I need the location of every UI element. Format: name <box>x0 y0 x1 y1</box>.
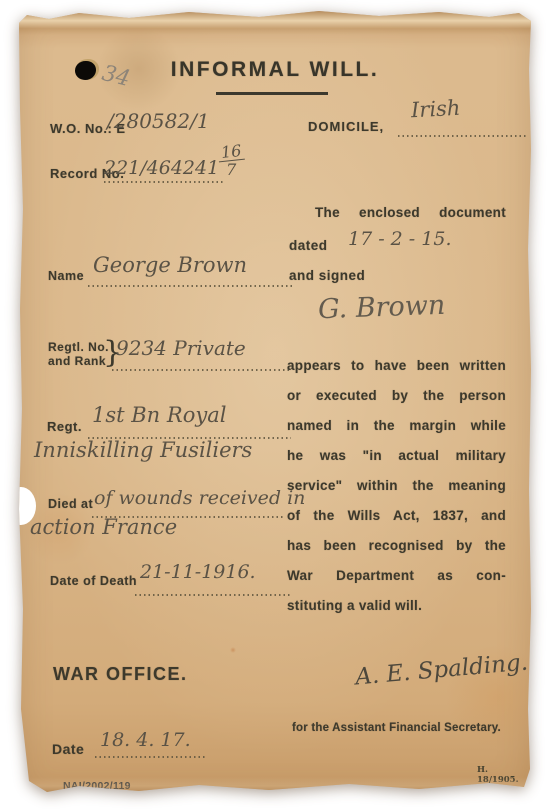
scan-background: { "meta": { "archive_ref": "NAI/2002/119… <box>0 0 550 809</box>
statement-line: or executed by the person <box>287 388 506 418</box>
wo-number-value: /280582/1 <box>107 109 210 133</box>
date-line <box>95 756 207 758</box>
statement-body: appears to have been written or executed… <box>287 358 506 628</box>
war-office-heading: WAR OFFICE. <box>53 664 188 685</box>
form-reference: H. 18/1905. <box>477 765 531 785</box>
signed-label: and signed <box>289 268 365 283</box>
died-at-value-line2: action France <box>30 515 177 539</box>
form-title: INFORMAL WILL. <box>19 58 531 82</box>
rank-label: and Rank <box>48 354 106 368</box>
name-value: George Brown <box>93 253 247 277</box>
regtl-line <box>112 369 290 371</box>
died-at-value-line1: of wounds received in <box>94 487 305 509</box>
statement-line: he was "in actual military <box>287 448 506 478</box>
date-of-death-value: 21-11-1916. <box>140 561 256 583</box>
record-number-value: 221/464241 <box>104 157 219 179</box>
archive-reference: NAI/2002/119 <box>63 780 131 792</box>
regtl-no-label: Regtl. No. <box>48 340 109 354</box>
statement-line: of the Wills Act, 1837, and <box>287 508 506 538</box>
record-fraction-bottom: 7 <box>226 160 236 179</box>
statement-line: named in the margin while <box>287 418 506 448</box>
statement-line: War Department as con- <box>287 568 506 598</box>
testator-signature: G. Brown <box>317 290 445 325</box>
date-value: 18. 4. 17. <box>100 729 191 751</box>
official-signature: A. E. Spalding. <box>354 650 529 691</box>
paper-notch <box>6 487 36 525</box>
statement-line: has been recognised by the <box>287 538 506 568</box>
domicile-label: DOMICILE, <box>308 119 384 134</box>
died-at-label: Died at <box>48 497 93 511</box>
record-fraction-top: 16 <box>217 142 245 163</box>
official-title: for the Assistant Financial Secretary. <box>292 722 501 734</box>
date-of-death-label: Date of Death <box>50 574 137 588</box>
record-fraction: 16 7 <box>218 143 244 178</box>
dated-value: 17 - 2 - 15. <box>348 228 451 250</box>
title-underline <box>216 92 328 95</box>
domicile-value: Irish <box>410 96 461 123</box>
domicile-line <box>398 135 526 137</box>
document-scan: 34 INFORMAL WILL. W.O. No.: E /280582/1 … <box>19 9 531 797</box>
record-number-line <box>104 181 224 183</box>
paper: 34 INFORMAL WILL. W.O. No.: E /280582/1 … <box>19 9 531 797</box>
name-line <box>88 285 292 287</box>
statement-intro: The enclosed document <box>287 205 506 220</box>
regt-value-line2: Inniskilling Fusiliers <box>34 438 252 462</box>
regt-label: Regt. <box>47 419 82 434</box>
name-label: Name <box>48 269 84 283</box>
dated-label: dated <box>289 238 328 253</box>
regt-value-line1: 1st Bn Royal <box>92 403 226 427</box>
date-of-death-line <box>135 594 292 596</box>
regtl-no-rank-value: 9234 Private <box>116 336 246 360</box>
date-label: Date <box>52 741 84 757</box>
statement-line: appears to have been written <box>287 358 506 388</box>
statement-line: service" within the meaning <box>287 478 506 508</box>
statement-line: stituting a valid will. <box>287 598 506 628</box>
